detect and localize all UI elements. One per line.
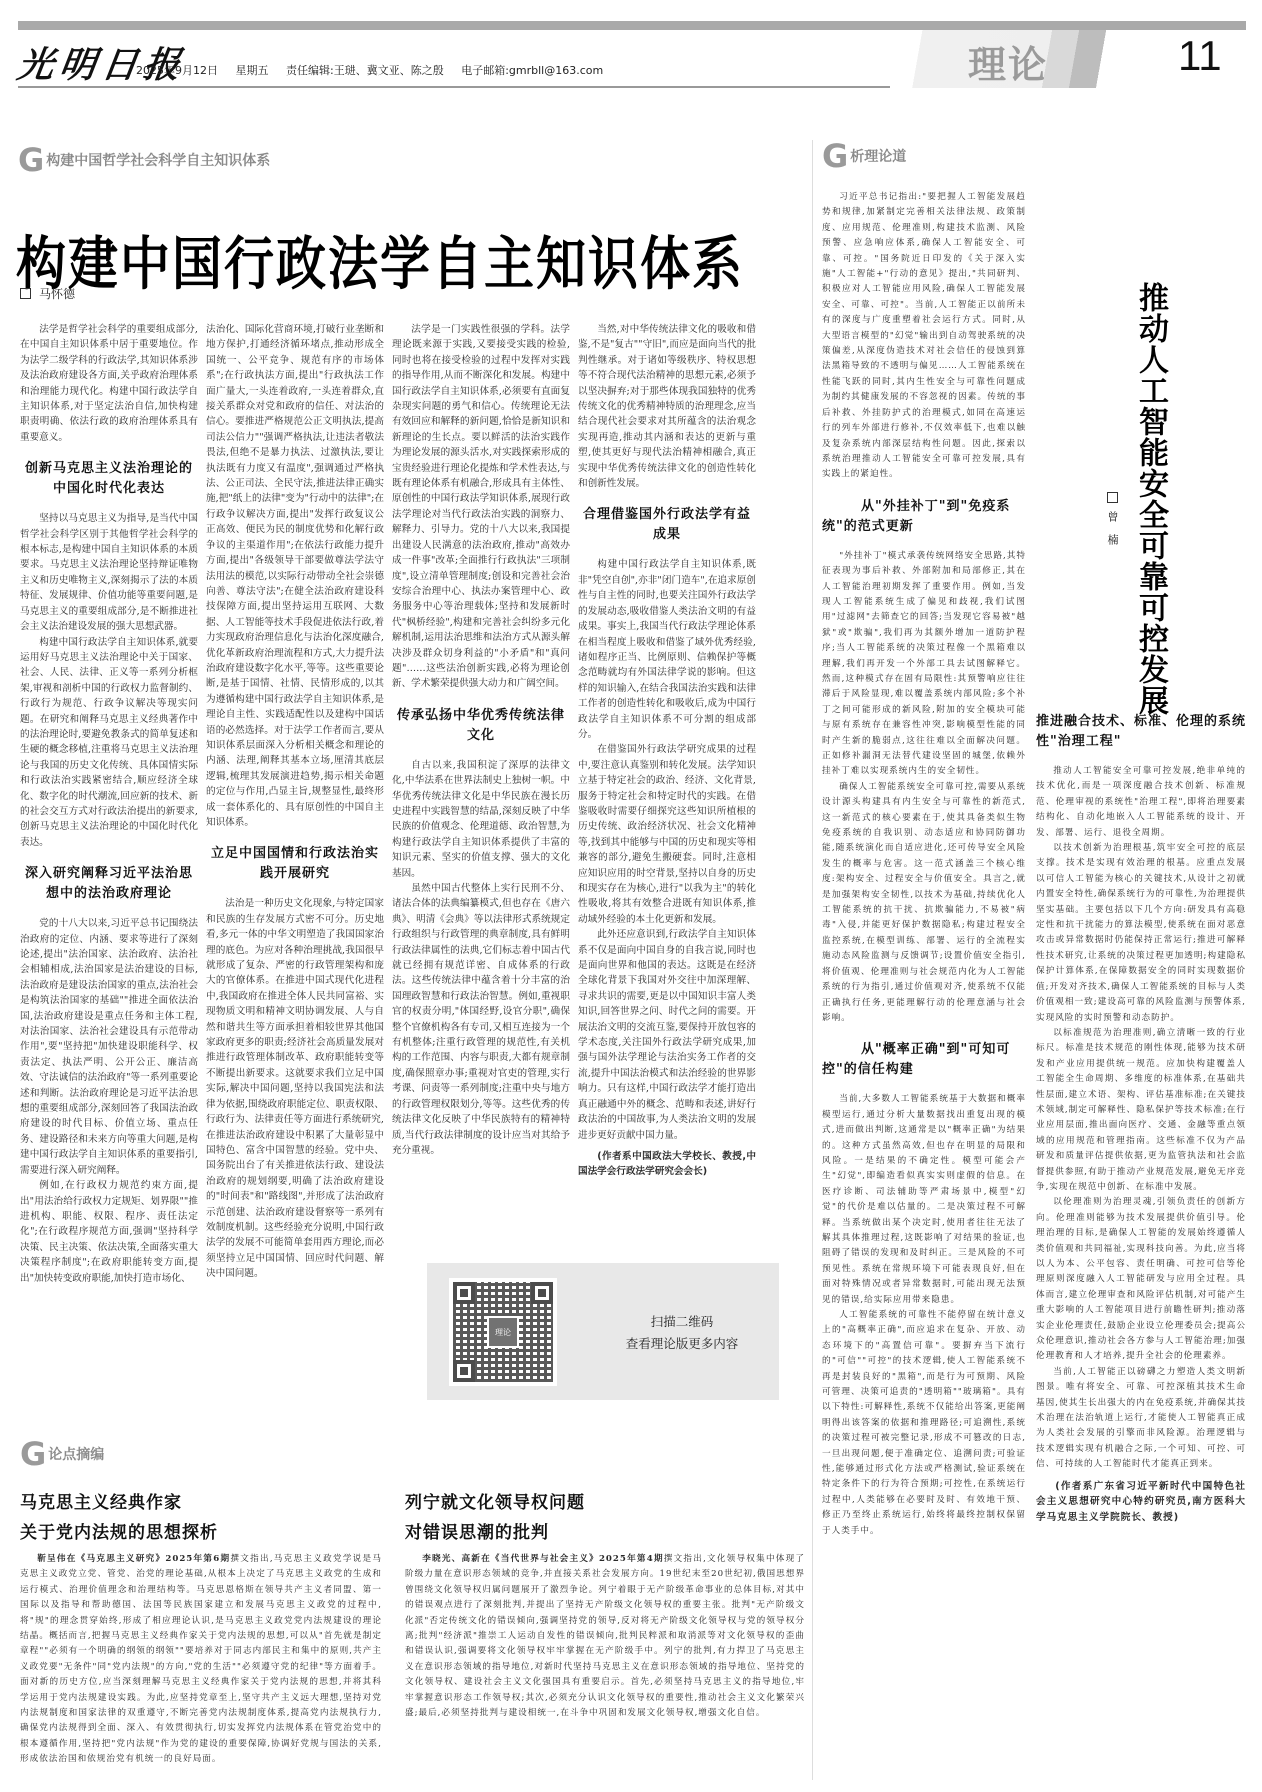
paragraph: 自古以来,我国积淀了深厚的法律文化,中华法系在世界法制史上独树一帜。中华优秀传统…: [392, 758, 570, 881]
paragraph: 以伦理准则为治理灵魂,引领负责任的创新方向。伦理准则能够为技术发展提供价值引导。…: [1036, 1195, 1246, 1364]
subheading: 深入研究阐释习近平法治思想中的法治政府理论: [20, 864, 198, 904]
qr-code[interactable]: 理论: [449, 1278, 557, 1386]
source-citation: 靳呈伟在《马克思主义研究》2025年第6期: [37, 1554, 230, 1564]
side-article-byline: 曾楠: [1104, 492, 1120, 557]
author-name: 马怀德: [39, 287, 75, 301]
issue-date: 2025年9月12日: [136, 64, 218, 77]
qr-caption-line1: 扫描二维码: [602, 1311, 762, 1333]
paragraph: 例如,在行政权力规范约束方面,提出"用法治给行政权力定规矩、划界限""推进机构、…: [20, 1178, 198, 1286]
lead-col-1: 法学是哲学社会科学的重要组成部分,在中国自主知识体系中居于重要地位。作为法学二级…: [20, 322, 198, 1417]
side-col-a: 习近平总书记指出:"要把握人工智能发展趋势和规律,加紧制定完善相关法律法规、政策…: [822, 190, 1026, 1790]
side-article-title: 推动人工智能安全可靠可控发展: [1132, 282, 1172, 716]
column-tag: G 构建中国哲学社会科学自主知识体系: [18, 144, 270, 176]
qr-finder-icon: [531, 1282, 553, 1304]
column-tag: G 析理论道: [822, 140, 906, 172]
column-tag-label: 构建中国哲学社会科学自主知识体系: [46, 150, 270, 170]
qr-center-logo: 理论: [487, 1316, 519, 1348]
masthead-rule: [273, 86, 916, 88]
issue-weekday: 星期五: [236, 64, 269, 77]
paragraph: 以标准规范为治理准则,确立清晰一致的行业标尺。标准是技术规范的刚性体现,能够为技…: [1036, 1026, 1246, 1195]
column-tag-label: 析理论道: [850, 146, 906, 166]
author-affiliation: (作者系广东省习近平新时代中国特色社会主义思想研究中心特约研究员,南方医科大学马…: [1036, 1479, 1246, 1525]
paragraph: 习近平总书记指出:"要把握人工智能发展趋势和规律,加紧制定完善相关法律法规、政策…: [822, 190, 1026, 483]
page-number: 11: [1178, 32, 1222, 80]
paragraph: 此外还应意识到,行政法学自主知识体系不仅是面向中国自身的自我言说,同时也是面向世…: [578, 927, 756, 1143]
subheading: 创新马克思主义法治理论的中国化时代化表达: [20, 459, 198, 499]
source-citation: 李晓光、高新在《当代世界与社会主义》2025年第4期: [422, 1554, 664, 1564]
digest-item1-body: 靳呈伟在《马克思主义研究》2025年第6期撰文指出,马克思主义政党学说是马克思主…: [20, 1552, 382, 1792]
lead-article-title: 构建中国行政法学自主知识体系: [16, 218, 744, 301]
paragraph: 当前,人工智能正以磅礴之力塑造人类文明新图景。唯有将安全、可靠、可控深植其技术生…: [1036, 1365, 1246, 1473]
qr-pattern: 理论: [453, 1282, 553, 1382]
column-tag: G 论点摘编: [20, 1438, 104, 1470]
masthead-rule: [18, 86, 273, 88]
paragraph: 法治是一种历史文化现象,与特定国家和民族的生存发展方式密不可分。历史地看,多元一…: [206, 896, 384, 1281]
title-line: 对错误思潮的批判: [405, 1518, 585, 1548]
summary-text: 撰文指出,文化领导权集中体现了阶级力量在意识形态领域的竞争,并直接关系社会发展方…: [405, 1554, 805, 1718]
subheading: 从"外挂补丁"到"免疫系统"的范式更新: [822, 497, 1026, 537]
lead-col-4: 当然,对中华传统法律文化的吸收和借鉴,不是"复古""守旧",而应是面向当代的批判…: [578, 322, 756, 1257]
qr-promo: 理论 扫描二维码 查看理论版更多内容: [427, 1263, 779, 1400]
paragraph: 虽然中国古代整体上实行民刑不分、诸法合体的法典编纂模式,但也存在《唐六典》、明清…: [392, 881, 570, 1158]
column-tag-label: 论点摘编: [48, 1444, 104, 1464]
side-col-b: 推进融合技术、标准、伦理的系统性"治理工程" 推动人工智能安全可靠可控发展,绝非…: [1036, 712, 1246, 1792]
title-line: 关于党内法规的思想探析: [20, 1518, 218, 1548]
qr-finder-icon: [453, 1360, 475, 1382]
subheading: 合理借鉴国外行政法学有益成果: [578, 505, 756, 545]
summary-text: 撰文指出,马克思主义政党学说是马克思主义政党立党、管党、治党的理论基础,从根本上…: [20, 1554, 382, 1764]
title-line: 马克思主义经典作家: [20, 1488, 218, 1518]
digest-item2-title: 列宁就文化领导权问题 对错误思潮的批判: [405, 1488, 585, 1548]
digest-item1-title: 马克思主义经典作家 关于党内法规的思想探析: [20, 1488, 218, 1548]
subheading: 传承弘扬中华优秀传统法律文化: [392, 706, 570, 746]
g-logo-icon: G: [822, 140, 848, 172]
lead-article-byline: 马怀德: [20, 285, 75, 302]
byline-box-icon: [1107, 492, 1118, 503]
qr-caption-line2: 查看理论版更多内容: [602, 1333, 762, 1355]
author-name: 曾楠: [1106, 511, 1119, 557]
qr-caption: 扫描二维码 查看理论版更多内容: [602, 1311, 762, 1355]
paragraph: 以技术创新为治理根基,筑牢安全可控的底层支撑。技术是实现有效治理的根基。应重点发…: [1036, 841, 1246, 1026]
issue-meta: 2025年9月12日 星期五 责任编辑:王琎、冀文亚、陈之殷 电子邮箱:gmrb…: [136, 62, 617, 78]
paragraph: 当然,对中华传统法律文化的吸收和借鉴,不是"复古""守旧",而应是面向当代的批判…: [578, 322, 756, 491]
paragraph: 党的十八大以来,习近平总书记围绕法治政府的定位、内涵、要求等进行了深刻论述,提出…: [20, 916, 198, 1178]
g-logo-icon: G: [18, 144, 44, 176]
g-logo-icon: G: [20, 1438, 46, 1470]
digest-item2-body: 李晓光、高新在《当代世界与社会主义》2025年第4期撰文指出,文化领导权集中体现…: [405, 1552, 805, 1792]
author-affiliation: (作者系中国政法大学校长、教授,中国法学会行政法学研究会会长): [578, 1149, 756, 1180]
qr-finder-icon: [453, 1282, 475, 1304]
email: 电子邮箱:gmrbll@163.com: [461, 64, 603, 77]
paragraph: 确保人工智能系统安全可靠可控,需要从系统设计源头构建具有内生安全与可靠性的新范式…: [822, 780, 1026, 1027]
paragraph: 坚持以马克思主义为指导,是当代中国哲学社会科学区别于其他哲学社会科学的根本标志,…: [20, 511, 198, 634]
subheading: 推进融合技术、标准、伦理的系统性"治理工程": [1036, 712, 1246, 752]
title-line: 列宁就文化领导权问题: [405, 1488, 585, 1518]
lead-col-2: 法治化、国际化营商环境,打破行业垄断和地方保护,打通经济循环堵点,推动形成全国统…: [206, 322, 384, 1417]
subheading: 从"概率正确"到"可知可控"的信任构建: [822, 1040, 1026, 1080]
paragraph: 构建中国行政法学自主知识体系,既非"凭空自创",亦非"闭门造车",在追求原创性与…: [578, 557, 756, 742]
subheading: 立足中国国情和行政法治实践开展研究: [206, 844, 384, 884]
lead-col-3: 法学是一门实践性很强的学科。法学理论既来源于实践,又要接受实践的检验,同时也将在…: [392, 322, 570, 1257]
byline-box-icon: [20, 288, 31, 299]
section-name: 理论: [968, 34, 1048, 89]
paragraph: "外挂补丁"模式承袭传统网络安全思路,其特征表现为事后补救、外部附加和局部修正,…: [822, 549, 1026, 780]
paragraph: 在借鉴国外行政法学研究成果的过程中,要注意认真鉴别和转化发展。法学知识立基于特定…: [578, 742, 756, 927]
paragraph: 构建中国行政法学自主知识体系,就要运用好马克思主义法治理论中关于国家、社会、人民…: [20, 635, 198, 851]
editors: 责任编辑:王琎、冀文亚、陈之殷: [286, 64, 444, 77]
paragraph: 法学是哲学社会科学的重要组成部分,在中国自主知识体系中居于重要地位。作为法学二级…: [20, 322, 198, 445]
masthead-top-bar: [18, 21, 1246, 30]
paragraph: 人工智能系统的可靠性不能停留在统计意义上的"高概率正确",而应追求在复杂、开放、…: [822, 1308, 1026, 1539]
paragraph: 法学是一门实践性很强的学科。法学理论既来源于实践,又要接受实践的检验,同时也将在…: [392, 322, 570, 692]
paragraph: 法治化、国际化营商环境,打破行业垄断和地方保护,打通经济循环堵点,推动形成全国统…: [206, 322, 384, 830]
paragraph: 推动人工智能安全可靠可控发展,绝非单纯的技术优化,而是一项深度融合技术创新、标准…: [1036, 764, 1246, 841]
column-divider: [812, 140, 813, 1780]
paragraph: 当前,大多数人工智能系统基于大数据和概率模型运行,通过分析大量数据找出重复出现的…: [822, 1092, 1026, 1308]
